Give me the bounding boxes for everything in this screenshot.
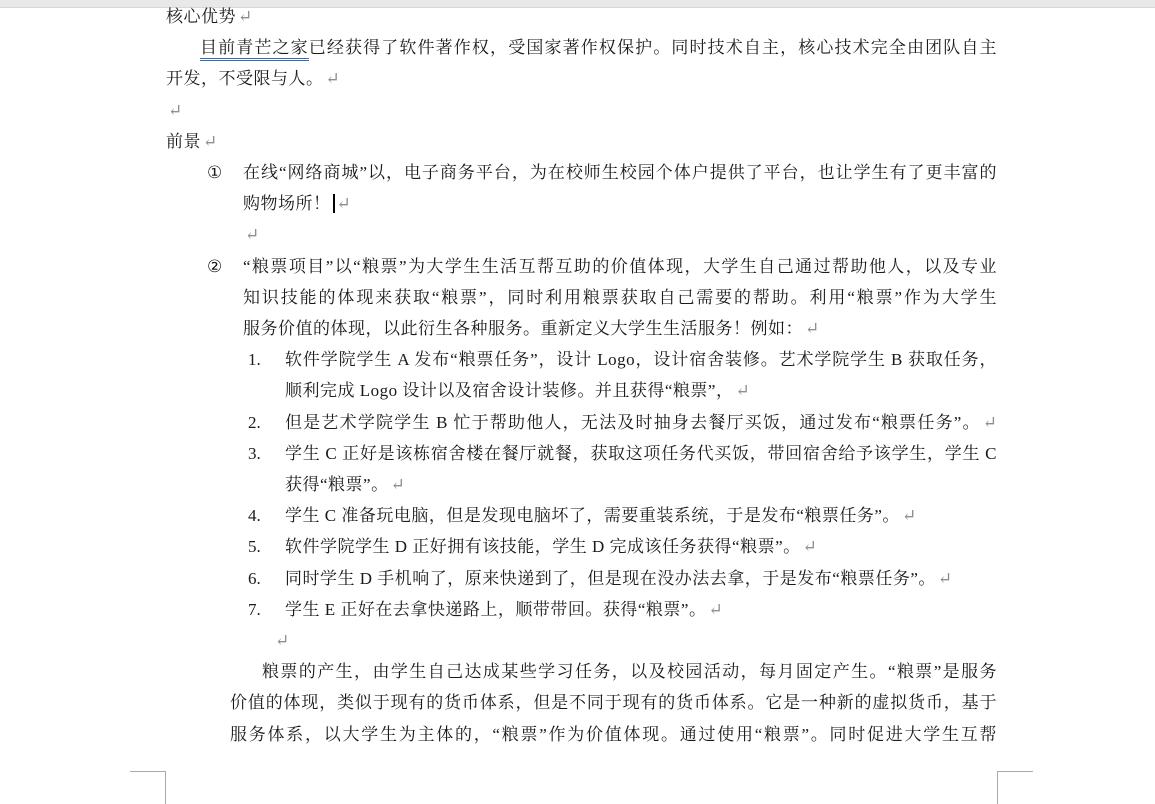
paragraph-mark-icon: ↵: [902, 506, 916, 525]
text-segment: 已经获得了软件著作权，受国家著作权保护。同时技术自主，核心技术完全由团队自主: [309, 38, 997, 57]
list-marker: 6.: [248, 563, 261, 594]
text-segment: 学生 E 正好在去拿快递路上，顺带带回。获得“粮票”。: [285, 600, 706, 619]
text-line: ↵: [166, 95, 997, 126]
paragraph-mark-icon: ↵: [203, 132, 217, 151]
text-segment: 学生 C 正好是该栋宿舍楼在餐厅就餐，获取这项任务代买饭，带回宿舍给予该学生，学…: [285, 444, 997, 463]
document-page[interactable]: 核心优势↵目前青芒之家已经获得了软件著作权，受国家著作权保护。同时技术自主，核心…: [0, 0, 1155, 804]
text-segment: 核心优势: [166, 7, 236, 26]
text-segment: 在线“网络商城”以，电子商务平台，为在校师生校园个体户提供了平台，也让学生有了更…: [243, 163, 997, 182]
text-segment: 软件学院学生 A 发布“粮票任务”，设计 Logo，设计宿舍装修。艺术学院学生 …: [285, 350, 997, 369]
list-marker: ①: [207, 157, 222, 188]
paragraph-mark-icon: ↵: [805, 319, 819, 338]
text-segment: 前景: [166, 132, 201, 151]
list-marker: 7.: [248, 594, 261, 625]
text-line: 前景↵: [166, 126, 997, 157]
text-line: ↵: [273, 625, 997, 656]
text-segment: 学生 C 准备玩电脑，但是发现电脑坏了，需要重装系统，于是发布“粮票任务”。: [285, 506, 900, 525]
text-segment: 但是艺术学院学生 B 忙于帮助他人，无法及时抽身去餐厅买饭，通过发布“粮票任务”…: [285, 413, 981, 432]
text-line: 学生 C 正好是该栋宿舍楼在餐厅就餐，获取这项任务代买饭，带回宿舍给予该学生，学…: [285, 438, 997, 469]
text-line: 顺利完成 Logo 设计以及宿舍设计装修。并且获得“粮票”，↵: [285, 375, 997, 406]
text-line: ↵: [243, 219, 997, 250]
paragraph-mark-icon: ↵: [337, 194, 351, 213]
text-segment: 粮票的产生，由学生自己达成某些学习任务，以及校园活动，每月固定产生。“粮票”是服…: [262, 662, 997, 681]
page-corner-mark-bottom_left: [130, 771, 166, 772]
text-line: 知识技能的体现来获取“粮票”，同时利用粮票获取自己需要的帮助。利用“粮票”作为大…: [243, 282, 997, 313]
text-segment: 知识技能的体现来获取“粮票”，同时利用粮票获取自己需要的帮助。利用“粮票”作为大…: [243, 288, 997, 307]
list-marker: 5.: [248, 531, 261, 562]
text-line: 但是艺术学院学生 B 忙于帮助他人，无法及时抽身去餐厅买饭，通过发布“粮票任务”…: [285, 407, 997, 438]
list-marker: 3.: [248, 438, 261, 469]
text-line: 开发，不受限与人。↵: [166, 63, 997, 94]
page-corner-mark-bottom_right: [997, 771, 998, 804]
text-line: 服务体系，以大学生为主体的，“粮票”作为价值体现。通过使用“粮票”。同时促进大学…: [230, 719, 997, 750]
text-line: 购物场所！↵: [243, 188, 997, 219]
paragraph-mark-icon: ↵: [803, 537, 817, 556]
text-line: 服务价值的体现，以此衍生各种服务。重新定义大学生生活服务！例如：↵: [243, 313, 997, 344]
text-segment: 顺利完成 Logo 设计以及宿舍设计装修。并且获得“粮票”，: [285, 381, 733, 400]
text-segment: “粮票项目”以“粮票”为大学生生活互帮互助的价值体现，大学生自己通过帮助他人，以…: [243, 257, 997, 276]
list-marker: 2.: [248, 407, 261, 438]
underlined-text: 目前青芒之家: [200, 38, 309, 61]
paragraph-mark-icon: ↵: [168, 101, 182, 120]
text-segment: 开发，不受限与人。: [166, 69, 324, 88]
text-segment: 服务体系，以大学生为主体的，“粮票”作为价值体现。通过使用“粮票”。同时促进大学…: [230, 725, 997, 744]
text-line: 同时学生 D 手机响了，原来快递到了，但是现在没办法去拿，于是发布“粮票任务”。…: [285, 563, 997, 594]
text-line: 粮票的产生，由学生自己达成某些学习任务，以及校园活动，每月固定产生。“粮票”是服…: [230, 656, 997, 687]
list-marker: 4.: [248, 500, 261, 531]
page-corner-mark-bottom_right: [997, 771, 1033, 772]
paragraph-mark-icon: ↵: [275, 631, 289, 650]
text-line: 学生 C 准备玩电脑，但是发现电脑坏了，需要重装系统，于是发布“粮票任务”。↵: [285, 500, 997, 531]
text-line: 学生 E 正好在去拿快递路上，顺带带回。获得“粮票”。↵: [285, 594, 997, 625]
paragraph-mark-icon: ↵: [238, 7, 252, 26]
paragraph-mark-icon: ↵: [708, 600, 722, 619]
paragraph-mark-icon: ↵: [391, 475, 405, 494]
paragraph-mark-icon: ↵: [735, 381, 749, 400]
text-segment: 购物场所！: [243, 194, 331, 213]
text-segment: 软件学院学生 D 正好拥有该技能，学生 D 完成该任务获得“粮票”。: [285, 537, 801, 556]
text-line: 软件学院学生 A 发布“粮票任务”，设计 Logo，设计宿舍装修。艺术学院学生 …: [285, 344, 997, 375]
text-segment: 服务价值的体现，以此衍生各种服务。重新定义大学生生活服务！例如：: [243, 319, 803, 338]
text-line: 在线“网络商城”以，电子商务平台，为在校师生校园个体户提供了平台，也让学生有了更…: [243, 157, 997, 188]
text-line: “粮票项目”以“粮票”为大学生生活互帮互助的价值体现，大学生自己通过帮助他人，以…: [243, 251, 997, 282]
text-segment: 价值的体现，类似于现有的货币体系，但是不同于现有的货币体系。它是一种新的虚拟货币…: [230, 693, 997, 712]
paragraph-mark-icon: ↵: [245, 225, 259, 244]
text-segment: 获得“粮票”。: [285, 475, 389, 494]
text-line: 获得“粮票”。↵: [285, 469, 997, 500]
paragraph-mark-icon: ↵: [326, 69, 340, 88]
text-line: 价值的体现，类似于现有的货币体系，但是不同于现有的货币体系。它是一种新的虚拟货币…: [230, 687, 997, 718]
paragraph-mark-icon: ↵: [983, 413, 997, 432]
text-line: 目前青芒之家已经获得了软件著作权，受国家著作权保护。同时技术自主，核心技术完全由…: [166, 32, 997, 63]
page-corner-mark-bottom_left: [165, 771, 166, 804]
list-marker: 1.: [248, 344, 261, 375]
paragraph-mark-icon: ↵: [938, 569, 952, 588]
text-line: 软件学院学生 D 正好拥有该技能，学生 D 完成该任务获得“粮票”。↵: [285, 531, 997, 562]
text-segment: 同时学生 D 手机响了，原来快递到了，但是现在没办法去拿，于是发布“粮票任务”。: [285, 569, 936, 588]
text-cursor: [333, 194, 335, 213]
list-marker: ②: [207, 251, 222, 282]
text-line: 核心优势↵: [166, 1, 997, 32]
